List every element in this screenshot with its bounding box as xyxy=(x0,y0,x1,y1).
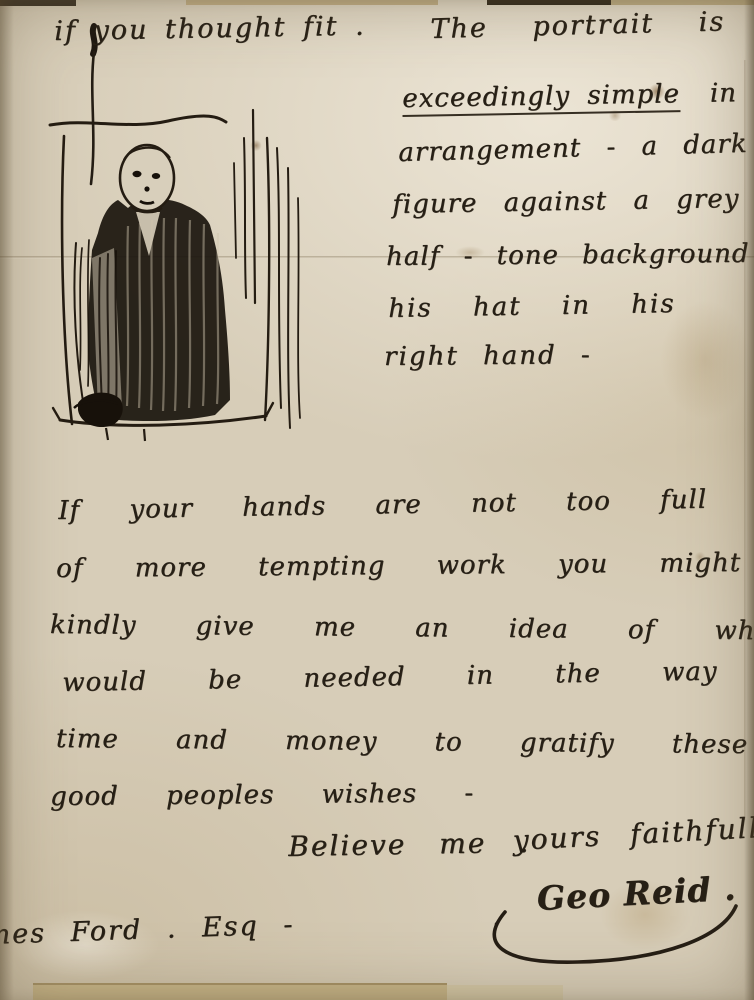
portrait-sketch xyxy=(48,108,303,443)
underlined-phrase: exceedingly simple xyxy=(402,79,680,117)
letter-line: time and money to gratify these xyxy=(56,726,748,759)
valediction: Believe me . xyxy=(288,828,530,862)
letter-line: The portrait is xyxy=(430,8,725,44)
mount-edge-strip xyxy=(487,0,611,5)
letter-line: if you thought fit . xyxy=(54,13,366,47)
signature-flourish xyxy=(450,900,750,980)
page-edge-shadow xyxy=(744,0,754,1000)
letter-line: of more tempting work you might xyxy=(56,550,741,583)
valediction: yours faithfully xyxy=(512,812,754,855)
letter-page: if you thought fit . The portrait is exc… xyxy=(0,0,754,1000)
letter-line: If your hands are not too full xyxy=(58,487,707,526)
addressee-note: mes Ford . Esq - xyxy=(0,911,295,950)
page-edge-shadow xyxy=(0,0,14,1000)
mount-edge-strip xyxy=(186,0,438,5)
mount-edge-strip xyxy=(611,0,754,5)
letter-line: exceedingly simplein xyxy=(402,80,737,113)
letter-line: kindly give me an idea of what xyxy=(50,612,754,646)
tape-residue xyxy=(33,983,447,1000)
tape-residue xyxy=(447,985,563,1000)
letter-line: his hat in his xyxy=(388,291,676,323)
letter-line: arrangement - a dark xyxy=(398,131,748,167)
letter-line: half - tone background xyxy=(386,241,750,271)
letter-word: in xyxy=(710,78,738,108)
letter-line: would be needed in the way of xyxy=(62,657,754,697)
letter-line: good peoples wishes - xyxy=(50,780,474,811)
letter-line: figure against a grey xyxy=(392,186,740,219)
letter-line: right hand - xyxy=(384,342,592,371)
